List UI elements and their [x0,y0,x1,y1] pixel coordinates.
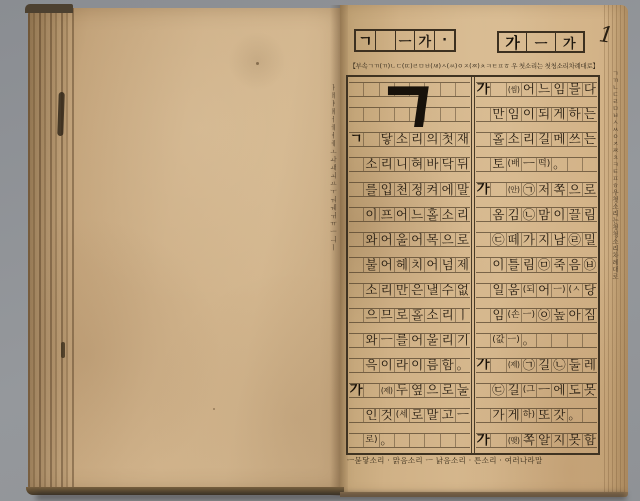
grid-row: 인것(세로말고ㅡ [348,403,471,428]
left-page [28,8,342,490]
grid-cell: 치 [409,258,424,271]
grid-cell [363,384,378,397]
grid-cell: ㉢ [490,384,505,397]
grid-cell [440,108,455,121]
grid-cell: 어 [521,83,536,96]
grid-cell [490,359,505,372]
grid-cell: 말 [455,183,470,196]
grid-cell [476,108,490,121]
grid-cell [567,158,582,171]
grid-cell [349,83,363,96]
book-shadow [36,493,626,500]
grid-cell: 도 [567,384,582,397]
grid-cell: 이 [521,108,536,121]
grid-row: 토(배ㅡ떡)。 [475,152,598,177]
grid-cell: 이 [379,359,394,372]
grid-row: 일움(되어ㅡ)(ㅅ당 [475,278,598,303]
grid-row: 홀소리길메쓰는 [475,127,598,152]
grid-cell: 떡) [536,158,551,171]
grid-cell: 맘 [536,208,551,221]
grid-cell: 으 [440,233,455,246]
grid-cell [455,434,470,447]
grid-cell [476,158,490,171]
grid-cell: 어 [536,284,551,297]
grid-cell: 로) [363,434,378,447]
grid-cell: (손 [506,309,521,322]
grid-cell: 소 [506,133,521,146]
grid-cell: 므 [379,309,394,322]
grid-cell: 또 [536,409,551,422]
paper-stain [256,62,259,65]
grid-cell [349,284,363,297]
grid-cell: ㉡ [521,208,536,221]
grid-cell: ㅡ [379,334,394,347]
grid-cell: 이 [409,359,424,372]
grid-cell: 。 [521,334,536,347]
grid-cell [476,258,490,271]
grid-cell: ㅡ) [551,284,566,297]
grid-cell: 를 [394,334,409,347]
grid-cell: 갓 [551,409,566,422]
grid-cell: 천 [394,183,409,196]
grid-cell: (되 [521,284,536,297]
grid-cell: (값 [490,334,505,347]
grid-cell [424,434,439,447]
grid-cell: 임 [551,83,566,96]
grid-row: 소리니혀바닥뒤 [348,152,471,177]
grid-cell: ㉥ [582,258,597,271]
grid-cell: 재 [455,133,470,146]
guide-cell: ㄱ [356,31,375,50]
grid-cell: (그 [521,384,536,397]
grid-cell [455,83,470,96]
grid-cell: 가 [476,83,490,96]
grid-cell: 하 [567,108,582,121]
grid-cell: 없 [455,284,470,297]
grid-cell: 떼 [506,233,521,246]
grid-cell: 믈 [567,83,582,96]
grid-row: ㉢떼가지남㉣밀 [475,227,598,252]
grid-cell: (씸) [506,83,521,96]
grid-cell: 와 [363,233,378,246]
grid-cell: 는 [582,133,597,146]
grid-cell: 지 [551,434,566,447]
grid-cell: 임 [506,108,521,121]
grid-cell: 레 [582,359,597,372]
grid-cell: 움 [506,284,521,297]
grid-cell [349,208,363,221]
grid-cell: 이 [490,258,505,271]
grid-row: ㄱ닿소리의첫재 [348,127,471,152]
grid-cell [551,334,566,347]
grid-cell: 지 [536,233,551,246]
grid-cell: 리 [440,334,455,347]
grid-cell: 바 [424,158,439,171]
consonant-order-note: 【부속ㄱㄲ(ㄲ)ㄴㄷ(ㄸ)ㄹㅁㅂ(ㅽ)ㅅ(ㅆ)ㅇㅈ(ㅉ)ㅊㅋㅌㅍㅎ 우 첫소리는… [345,61,603,70]
grid-cell: 어 [409,233,424,246]
grid-row: 를입천정켜에말 [348,177,471,202]
grid-cell [363,83,378,96]
grid-cell: 길 [536,359,551,372]
grid-cell [349,258,363,271]
grid-cell: 소 [394,133,409,146]
guide-box-last-entry: 가ㅡ가 [497,31,585,53]
dictionary-column-right: 가(씸)어느임믈다만임이되게하는홀소리길메쓰는토(배ㅡ떡)。가(안)㉠저쪽으로옴… [475,77,598,453]
grid-cell: 리 [455,208,470,221]
grid-cell: 소 [440,208,455,221]
grid-cell: 높 [551,309,566,322]
grid-cell [490,83,505,96]
grid-cell: 고 [440,409,455,422]
photo-background: ㄱㅡ가· 가ㅡ가 1 【부속ㄱㄲ(ㄲ)ㄴㄷ(ㄸ)ㄹㅁㅂ(ㅽ)ㅅ(ㅆ)ㅇㅈ(ㅉ)ㅊ… [0,0,640,501]
grid-cell [490,183,505,196]
grid-row: 윽이라이름함。 [348,353,471,378]
grid-row: 가(안)㉠저쪽으로 [475,177,598,202]
grid-cell: 으 [567,183,582,196]
grid-cell: 리 [409,133,424,146]
grid-cell: 。 [567,409,582,422]
grid-cell [349,233,363,246]
grid-cell: 켜 [424,183,439,196]
grid-cell: 게 [551,108,566,121]
grid-cell: 름 [424,359,439,372]
grid-cell: 이 [551,208,566,221]
grid-cell [476,208,490,221]
grid-cell: 프 [379,208,394,221]
grid-cell: 틀 [506,258,521,271]
footer-cross-references: ㅡ묻닿소리 · 맑음소리 ㅡ 낡음소리 · 튼소리 · 여러나라말 [347,455,603,466]
grid-cell: 길 [536,133,551,146]
grid-cell: 를 [363,183,378,196]
dictionary-table: ㄱ닿소리의첫재소리니혀바닥뒤를입천정켜에말이프어느홀소리와어울어목으로불어헤치어… [346,75,600,455]
grid-cell: 림 [582,208,597,221]
grid-cell [349,434,363,447]
grid-cell: 만 [394,284,409,297]
grid-cell: 어 [424,258,439,271]
grid-cell [476,334,490,347]
grid-cell: 넘 [440,258,455,271]
grid-row: 가(제)㉠길㉡둘레 [475,353,598,378]
grid-cell: 첫 [440,133,455,146]
grid-cell: ㄱ [349,133,363,146]
grid-cell [349,158,363,171]
grid-cell: 헤 [394,258,409,271]
grid-cell: 임 [490,309,505,322]
grid-cell: 목 [424,233,439,246]
grid-cell: 짐 [582,309,597,322]
grid-cell: 가 [476,183,490,196]
grid-cell: 옴 [490,208,505,221]
grid-cell: 닿 [379,133,394,146]
grid-row: 옴김㉡맘이끌림 [475,202,598,227]
grid-cell: 메 [551,133,566,146]
grid-cell: 로 [455,233,470,246]
grid-cell: 홀 [490,133,505,146]
grid-cell [394,434,409,447]
grid-cell: 어 [394,208,409,221]
grid-cell: 당 [582,284,597,297]
grid-cell: (배 [506,158,521,171]
grid-cell [349,108,363,121]
grid-cell: 로 [582,183,597,196]
grid-cell: 으 [424,384,439,397]
grid-cell: 가 [521,233,536,246]
grid-cell: 제 [455,258,470,271]
grid-cell: 눌 [455,384,470,397]
grid-cell: 윽 [363,359,378,372]
grid-cell [476,309,490,322]
book-spine [28,8,74,490]
grid-cell: 어 [379,258,394,271]
grid-cell: 저 [536,183,551,196]
grid-cell: 의 [424,133,439,146]
grid-row: 와어울어목으로 [348,227,471,252]
grid-cell: ㉢ [490,233,505,246]
grid-cell: 어 [409,334,424,347]
grid-cell [363,133,378,146]
grid-cell: ㉠ [521,183,536,196]
grid-cell: 기 [455,334,470,347]
guide-cell: 가 [414,31,434,50]
grid-cell [476,284,490,297]
grid-cell: 로 [409,409,424,422]
grid-cell: 울 [394,233,409,246]
big-giyeok-glyph [386,80,432,127]
grid-cell: 함 [440,359,455,372]
grid-cell: 아 [567,309,582,322]
grid-cell [582,409,597,422]
grid-cell: 느 [409,208,424,221]
grid-cell [363,108,378,121]
grid-cell: 。 [455,359,470,372]
grid-cell: 알 [536,434,551,447]
grid-cell: 라 [394,359,409,372]
grid-row: 가(제)두옆으로눌 [348,378,471,403]
grid-cell [582,334,597,347]
grid-cell: (안) [506,183,521,196]
guide-cell: ㅡ [526,33,554,51]
grid-cell: 이 [363,208,378,221]
grid-cell [490,434,505,447]
grid-row: 불어헤치어넘제 [348,252,471,277]
grid-cell: 함 [582,434,597,447]
guide-box-first-entry: ㄱㅡ가· [354,29,456,52]
grid-cell: 김 [506,208,521,221]
grid-cell [536,334,551,347]
grid-cell: 밀 [582,233,597,246]
grid-cell: 리 [440,309,455,322]
grid-cell: 쪽 [521,434,536,447]
grid-cell: 정 [409,183,424,196]
grid-cell: 울 [424,334,439,347]
grid-cell [349,309,363,322]
spine-tear [61,342,65,358]
grid-cell: ㅡ) [521,309,536,322]
grid-row: 로)。 [348,428,471,453]
grid-cell [582,158,597,171]
grid-cell: 옆 [409,384,424,397]
dictionary-column-left: ㄱ닿소리의첫재소리니혀바닥뒤를입천정켜에말이프어느홀소리와어울어목으로불어헤치어… [348,77,471,453]
grid-cell [567,334,582,347]
grid-cell [440,434,455,447]
grid-cell: 끌 [567,208,582,221]
grid-cell: 낼 [424,284,439,297]
consonant-index-strip: ㄱㄲㄴㄷㄹㅁㅂㅅㅆㅇㅈㅉㅊㅋㅌㅍㅎ우첫소리는첫청소리차례대로 [611,70,620,456]
grid-cell [440,83,455,96]
grid-cell: 에 [440,183,455,196]
grid-cell: 리 [521,133,536,146]
grid-cell: 가 [490,409,505,422]
grid-cell: 은 [409,284,424,297]
grid-cell: 와 [363,334,378,347]
grid-cell: 가 [476,434,490,447]
grid-cell: 。 [379,434,394,447]
grid-cell: 불 [363,258,378,271]
grid-cell: (제) [506,359,521,372]
grid-cell [349,183,363,196]
grid-cell: 일 [490,284,505,297]
grid-cell: 혀 [409,158,424,171]
grid-cell: 로 [394,309,409,322]
guide-cell: 가 [555,33,583,51]
grid-cell: 가 [476,359,490,372]
grid-cell: 것 [379,409,394,422]
grid-cell: 니 [394,158,409,171]
grid-cell: (제) [379,384,394,397]
grid-cell [476,409,490,422]
grid-row: ㉢길(그ㅡ에도못 [475,378,598,403]
grid-cell: ㅡ [536,384,551,397]
grid-cell [455,108,470,121]
grid-cell: 소 [363,158,378,171]
grid-cell: 하) [521,409,536,422]
grid-cell: 리 [379,158,394,171]
grid-cell: 다 [582,83,597,96]
grid-cell [349,409,363,422]
grid-cell: 。 [551,158,566,171]
paper-stain [213,408,215,410]
grid-cell: 길 [506,384,521,397]
grid-row: 으므로홀소리ㅣ [348,303,471,328]
grid-cell [349,359,363,372]
grid-cell: ㉠ [521,359,536,372]
grid-row: 가게하)또갓。 [475,403,598,428]
grid-cell: 음 [567,258,582,271]
guide-cell: · [434,31,454,50]
grid-cell: 수 [440,284,455,297]
grid-cell: 입 [379,183,394,196]
grid-cell [476,233,490,246]
grid-cell: 게 [506,409,521,422]
grid-cell: 만 [490,108,505,121]
grid-cell: ㉡ [551,359,566,372]
grid-cell: 림 [521,258,536,271]
grid-cell: 에 [551,384,566,397]
grid-cell: 가 [349,384,363,397]
grid-cell: 소 [424,309,439,322]
grid-cell: (맺) [506,434,521,447]
grid-row: 이틀림㉤죽음㉥ [475,252,598,277]
guide-cell: ㅡ [395,31,415,50]
grid-cell [476,384,490,397]
guide-cell: 가 [499,33,526,51]
grid-cell: 죽 [551,258,566,271]
grid-cell: 닥 [440,158,455,171]
grid-cell: 소 [363,284,378,297]
grid-cell: 홀 [409,309,424,322]
grid-cell: 인 [363,409,378,422]
grid-cell: ㅡ [455,409,470,422]
grid-cell: ㉧ [536,309,551,322]
grid-row: 이프어느홀소리 [348,202,471,227]
grid-cell: 되 [536,108,551,121]
grid-cell: ㅡ) [506,334,521,347]
vowel-index-strip: ㅏㅐㅑㅒㅓㅔㅕㅖㅗㅘㅙㅚㅛㅜㅝㅞㅟㅠㅡㅢㅣ [329,84,338,446]
grid-cell: 홀 [424,208,439,221]
grid-cell: 말 [424,409,439,422]
grid-row: 만임이되게하는 [475,102,598,127]
grid-cell: ㉣ [567,233,582,246]
grid-cell: 리 [379,284,394,297]
cover-edge-top [25,4,73,13]
grid-cell: 뒤 [455,158,470,171]
grid-cell [476,133,490,146]
grid-cell: 쓰 [567,133,582,146]
grid-cell: 으 [363,309,378,322]
grid-cell: 두 [394,384,409,397]
grid-cell: ㉤ [536,258,551,271]
grid-cell: 남 [551,233,566,246]
grid-cell: 로 [440,384,455,397]
grid-cell: 는 [582,108,597,121]
grid-cell: (ㅅ [567,284,582,297]
grid-cell: 못 [582,384,597,397]
grid-cell: 쪽 [551,183,566,196]
grid-cell: 둘 [567,359,582,372]
grid-row: 가(맺)쪽알지못함 [475,428,598,453]
grid-row: 소리만은낼수없 [348,278,471,303]
grid-cell [349,334,363,347]
grid-cell [409,434,424,447]
grid-row: 와ㅡ를어울리기 [348,328,471,353]
grid-cell: 토 [490,158,505,171]
grid-cell: ㅣ [455,309,470,322]
grid-cell: 느 [536,83,551,96]
grid-cell: 어 [379,233,394,246]
grid-row: (값ㅡ)。 [475,328,598,353]
grid-cell: (세 [394,409,409,422]
grid-cell: 못 [567,434,582,447]
guide-cell [375,31,395,50]
grid-row: 가(씸)어느임믈다 [475,77,598,102]
grid-cell: ㅡ [521,158,536,171]
grid-row: 임(손ㅡ)㉧높아짐 [475,303,598,328]
